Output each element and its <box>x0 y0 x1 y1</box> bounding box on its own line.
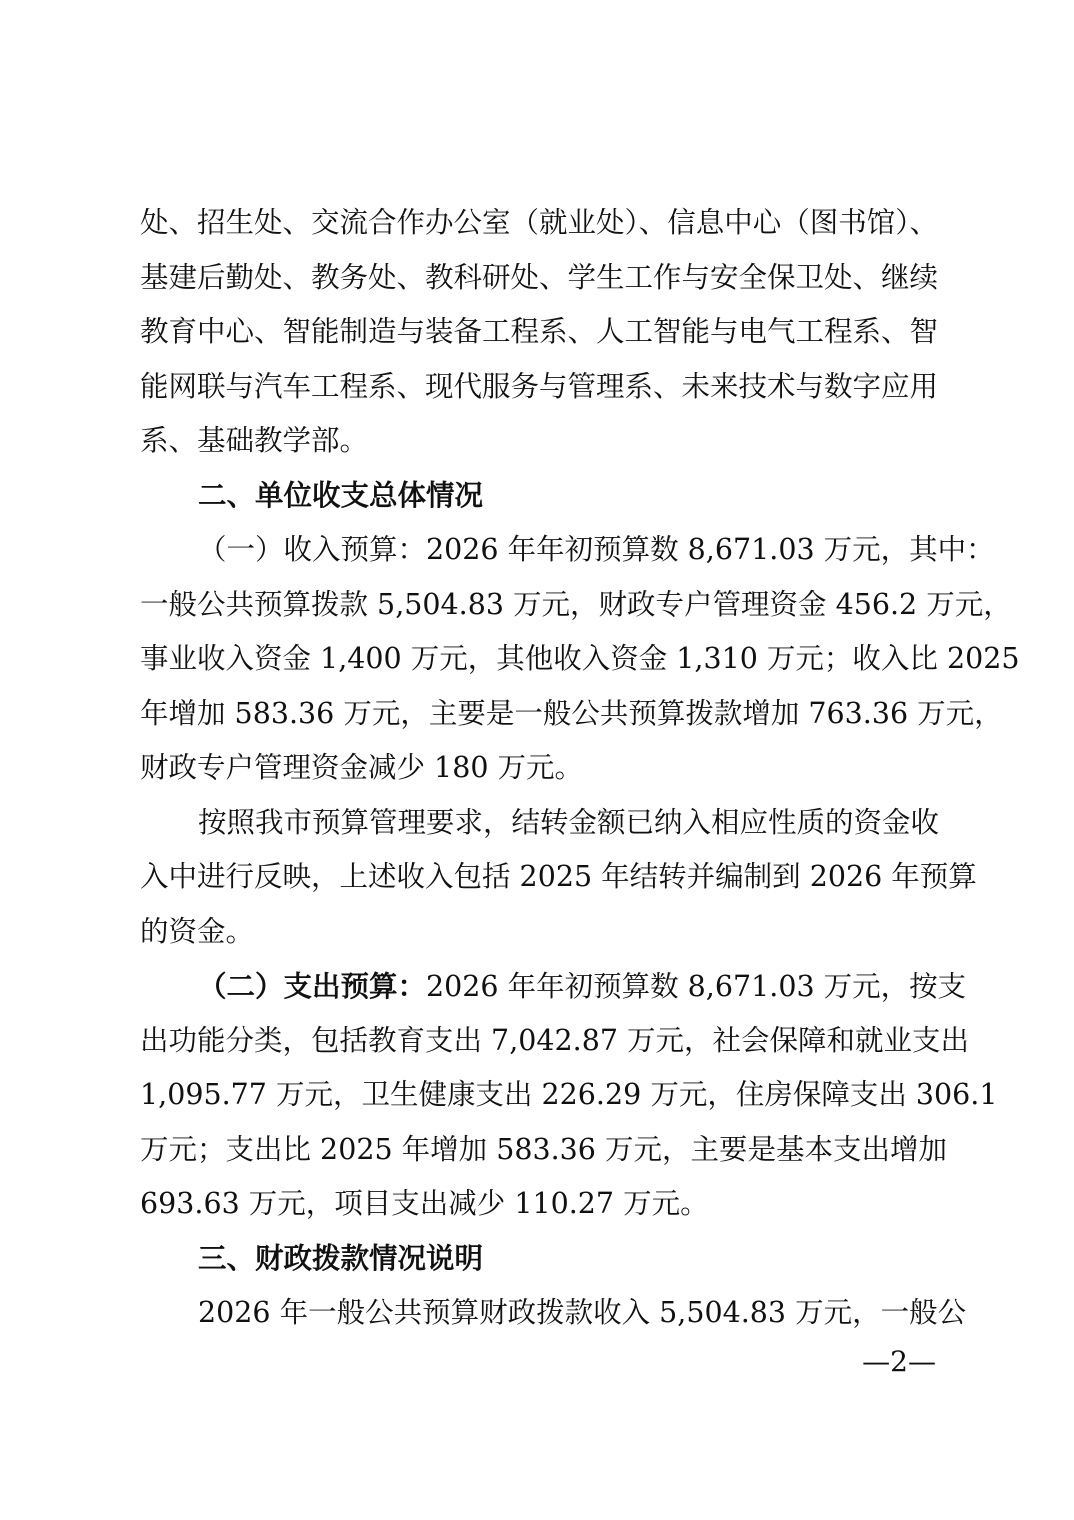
paragraph-line: （二）支出预算：2026 年年初预算数 8,671.03 万元，按支 <box>140 959 936 1014</box>
paragraph-line: 能网联与汽车工程系、现代服务与管理系、未来技术与数字应用 <box>140 360 936 415</box>
paragraph-line: 按照我市预算管理要求，结转金额已纳入相应性质的资金收 <box>140 796 936 851</box>
income-budget-label: （一）收入预算： <box>198 533 426 566</box>
paragraph-line: 事业收入资金 1,400 万元，其他收入资金 1,310 万元；收入比 2025 <box>140 632 936 687</box>
document-page: 处、招生处、交流合作办公室（就业处）、信息中心（图书馆）、 基建后勤处、教务处、… <box>140 196 936 1341</box>
paragraph-line: 一般公共预算拨款 5,504.83 万元，财政专户管理资金 456.2 万元， <box>140 578 936 633</box>
paragraph-line: 1,095.77 万元，卫生健康支出 226.29 万元，住房保障支出 306.… <box>140 1068 936 1123</box>
paragraph-line: 基建后勤处、教务处、教科研处、学生工作与安全保卫处、继续 <box>140 251 936 306</box>
expenditure-budget-text: 2026 年年初预算数 8,671.03 万元，按支 <box>426 970 966 1003</box>
income-budget-paragraph: （一）收入预算：2026 年年初预算数 8,671.03 万元，其中： 一般公共… <box>140 523 936 796</box>
paragraph-line: 系、基础教学部。 <box>140 414 936 469</box>
section-heading-fiscal-appropriation: 三、财政拨款情况说明 <box>140 1232 936 1287</box>
paragraph-line: 财政专户管理资金减少 180 万元。 <box>140 741 936 796</box>
income-budget-text: 2026 年年初预算数 8,671.03 万元，其中： <box>426 533 995 566</box>
paragraph-line: 出功能分类，包括教育支出 7,042.87 万元，社会保障和就业支出 <box>140 1014 936 1069</box>
carryover-note-paragraph: 按照我市预算管理要求，结转金额已纳入相应性质的资金收 入中进行反映，上述收入包括… <box>140 796 936 960</box>
paragraph-line: 年增加 583.36 万元，主要是一般公共预算拨款增加 763.36 万元， <box>140 687 936 742</box>
paragraph-line: 教育中心、智能制造与装备工程系、人工智能与电气工程系、智 <box>140 305 936 360</box>
expenditure-budget-label: （二）支出预算： <box>198 969 426 1003</box>
paragraph-line: 2026 年一般公共预算财政拨款收入 5,504.83 万元，一般公 <box>140 1286 936 1341</box>
paragraph-line: 处、招生处、交流合作办公室（就业处）、信息中心（图书馆）、 <box>140 196 936 251</box>
paragraph-line: 的资金。 <box>140 905 936 960</box>
fiscal-appropriation-paragraph: 2026 年一般公共预算财政拨款收入 5,504.83 万元，一般公 <box>140 1286 936 1341</box>
paragraph-line: （一）收入预算：2026 年年初预算数 8,671.03 万元，其中： <box>140 523 936 578</box>
paragraph-line: 693.63 万元，项目支出减少 110.27 万元。 <box>140 1177 936 1232</box>
section-heading-revenue-expenditure: 二、单位收支总体情况 <box>140 469 936 524</box>
expenditure-budget-paragraph: （二）支出预算：2026 年年初预算数 8,671.03 万元，按支 出功能分类… <box>140 959 936 1232</box>
paragraph-line: 入中进行反映，上述收入包括 2025 年结转并编制到 2026 年预算 <box>140 850 936 905</box>
page-number: —2— <box>862 1342 936 1382</box>
paragraph-line: 万元；支出比 2025 年增加 583.36 万元，主要是基本支出增加 <box>140 1123 936 1178</box>
department-list-paragraph: 处、招生处、交流合作办公室（就业处）、信息中心（图书馆）、 基建后勤处、教务处、… <box>140 196 936 469</box>
